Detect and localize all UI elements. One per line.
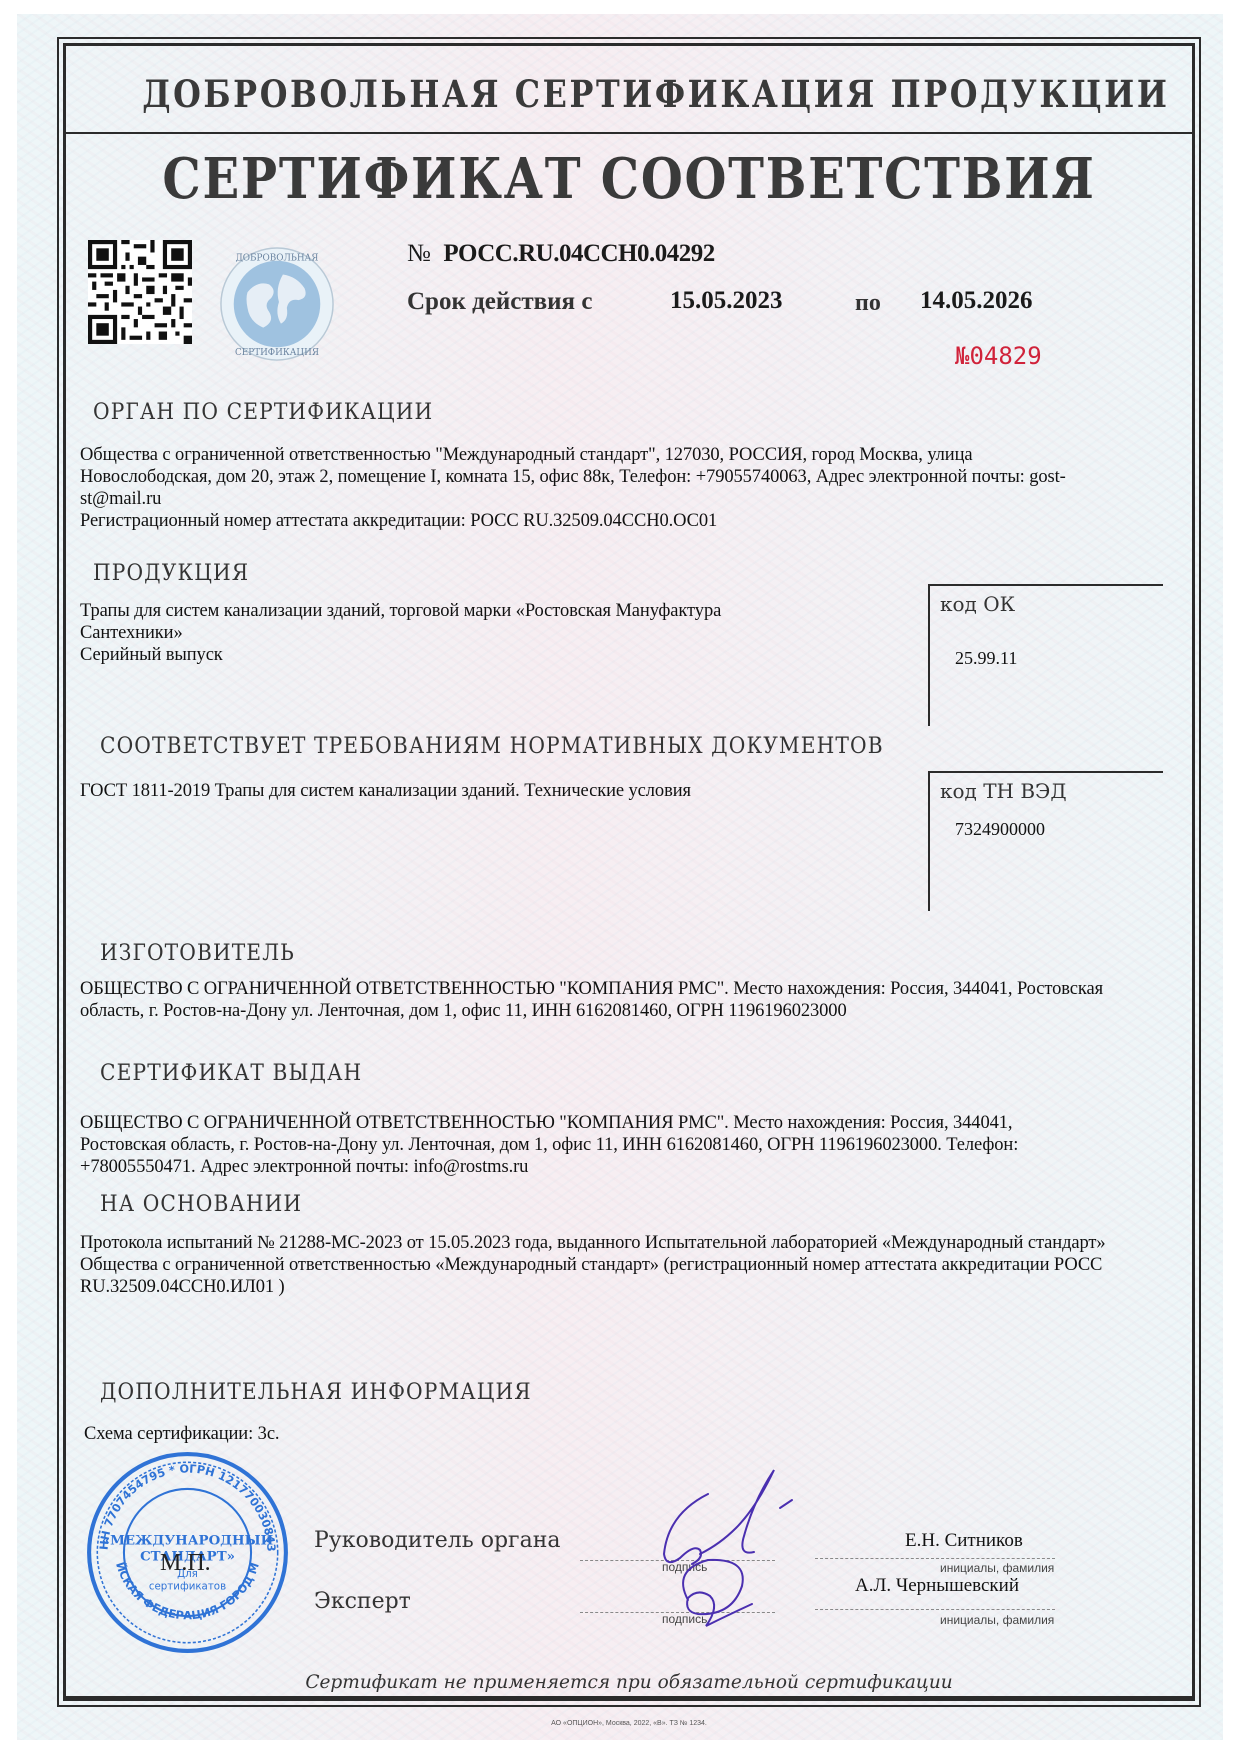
basis-text: Протокола испытаний № 21288-МС-2023 от 1… xyxy=(80,1232,1150,1298)
svg-text:сертификатов: сертификатов xyxy=(149,1580,226,1592)
code-ok-box: код ОК 25.99.11 xyxy=(928,584,1163,726)
qr-code-icon xyxy=(88,240,192,344)
product-description: Трапы для систем канализации зданий, тор… xyxy=(80,600,800,644)
voluntary-only-note: Сертификат не применяется при обязательн… xyxy=(63,1672,1195,1693)
code-ok-label: код ОК xyxy=(940,592,1015,616)
certificate-number: № РОСС.RU.04ССН0.04292 xyxy=(407,240,715,268)
additional-info-heading: ДОПОЛНИТЕЛЬНАЯ ИНФОРМАЦИЯ xyxy=(100,1380,532,1405)
issued-to-heading: СЕРТИФИКАТ ВЫДАН xyxy=(100,1061,362,1086)
certificate-title: СЕРТИФИКАТ СООТВЕТСТВИЯ xyxy=(142,146,1116,212)
voluntary-certification-title: ДОБРОВОЛЬНАЯ СЕРТИФИКАЦИЯ ПРОДУКЦИИ xyxy=(142,72,1116,116)
manufacturer-heading: ИЗГОТОВИТЕЛЬ xyxy=(100,941,295,966)
header-divider xyxy=(63,132,1195,134)
head-name-line xyxy=(815,1558,1055,1559)
certificate-number-value: РОСС.RU.04ССН0.04292 xyxy=(443,240,714,267)
validity-label: Срок действия с xyxy=(407,288,592,316)
expert-role-label: Эксперт xyxy=(314,1589,411,1614)
valid-to-label: по xyxy=(855,290,881,317)
svg-text:СЕРТИФИКАЦИЯ: СЕРТИФИКАЦИЯ xyxy=(235,348,319,358)
expert-name-line xyxy=(815,1609,1055,1610)
valid-from-date: 15.05.2023 xyxy=(670,287,783,315)
footer-divider xyxy=(63,1696,1195,1698)
code-tnved-box: код ТН ВЭД 7324900000 xyxy=(928,771,1163,911)
production-type: Серийный выпуск xyxy=(80,644,223,666)
expert-name-caption: инициалы, фамилия xyxy=(940,1613,1054,1627)
manufacturer-text: ОБЩЕСТВО С ОГРАНИЧЕННОЙ ОТВЕТСТВЕННОСТЬЮ… xyxy=(80,978,1130,1022)
globe-emblem-icon: ДОБРОВОЛЬНАЯ СЕРТИФИКАЦИЯ xyxy=(218,245,336,363)
code-tnved-value: 7324900000 xyxy=(955,819,1045,840)
printer-imprint: АО «ОПЦИОН», Москва, 2022, «В». ТЗ № 123… xyxy=(63,1720,1195,1727)
form-serial-number: №04829 xyxy=(955,342,1042,370)
handwritten-signature-icon xyxy=(630,1450,850,1650)
head-role-label: Руководитель органа xyxy=(314,1528,560,1553)
stamp-place-mark: М.П. xyxy=(160,1550,211,1577)
product-heading: ПРОДУКЦИЯ xyxy=(93,561,249,586)
code-tnved-label: код ТН ВЭД xyxy=(940,779,1067,803)
standard-text: ГОСТ 1811-2019 Трапы для систем канализа… xyxy=(80,780,691,802)
basis-heading: НА ОСНОВАНИИ xyxy=(100,1192,302,1217)
certification-scheme: Схема сертификации: 3с. xyxy=(84,1423,279,1445)
head-name: Е.Н. Ситников xyxy=(905,1530,1023,1552)
valid-to-date: 14.05.2026 xyxy=(920,287,1033,315)
certification-body-text: Общества с ограниченной ответственностью… xyxy=(80,444,1070,510)
expert-name: А.Л. Чернышевский xyxy=(855,1575,1019,1597)
compliance-heading: СООТВЕТСТВУЕТ ТРЕБОВАНИЯМ НОРМАТИВНЫХ ДО… xyxy=(100,734,884,759)
svg-text:ДОБРОВОЛЬНАЯ: ДОБРОВОЛЬНАЯ xyxy=(236,254,319,264)
certification-body-heading: ОРГАН ПО СЕРТИФИКАЦИИ xyxy=(93,400,433,425)
issued-to-text: ОБЩЕСТВО С ОГРАНИЧЕННОЙ ОТВЕТСТВЕННОСТЬЮ… xyxy=(80,1112,1100,1178)
head-name-caption: инициалы, фамилия xyxy=(940,1561,1054,1575)
accreditation-number: Регистрационный номер аттестата аккредит… xyxy=(80,510,717,532)
number-sign: № xyxy=(407,240,431,267)
code-ok-value: 25.99.11 xyxy=(955,648,1017,669)
svg-text:«МЕЖДУНАРОДНЫЙ: «МЕЖДУНАРОДНЫЙ xyxy=(102,1531,273,1548)
